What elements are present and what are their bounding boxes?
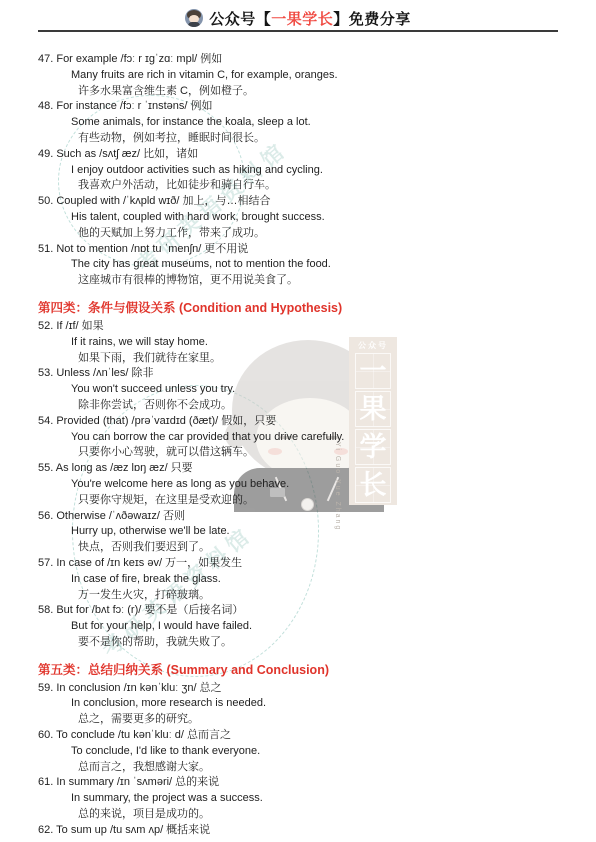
entry-translation-line: 总的来说，项目是成功的。 — [38, 807, 568, 823]
entry-term-line: 54. Provided (that) /prəˈvaɪdɪd (ðæt)/ 假… — [38, 414, 568, 430]
entry-example-line: The city has great museums, not to menti… — [38, 257, 568, 273]
entry-term-line: 49. Such as /sʌtʃ æz/ 比如，诸如 — [38, 147, 568, 163]
entry-term-line: 48. For instance /fɔː r ˈɪnstəns/ 例如 — [38, 99, 568, 115]
header-prefix: 公众号【 — [209, 11, 271, 28]
entry-term-line: 51. Not to mention /nɒt tu ˈmenʃn/ 更不用说 — [38, 242, 568, 258]
entry-translation-line: 万一发生火灾，打碎玻璃。 — [38, 588, 568, 604]
entry-term-line: 50. Coupled with /ˈkʌpld wɪð/ 加上，与…相结合 — [38, 194, 568, 210]
entry-example-line: You're welcome here as long as you behav… — [38, 477, 568, 493]
brand-avatar-icon — [185, 9, 203, 27]
entry-translation-line: 这座城市有很棒的博物馆，更不用说美食了。 — [38, 273, 568, 289]
entry-term-line: 57. In case of /ɪn keɪs əv/ 万一，如果发生 — [38, 556, 568, 572]
entry-example-line: If it rains, we will stay home. — [38, 335, 568, 351]
entry-translation-line: 只要你小心驾驶，就可以借这辆车。 — [38, 445, 568, 461]
entry-term-line: 62. To sum up /tu sʌm ʌp/ 概括来说 — [38, 823, 568, 839]
entry-example-line: To conclude, I'd like to thank everyone. — [38, 744, 568, 760]
entry-term-line: 47. For example /fɔː r ɪɡˈzɑː mpl/ 例如 — [38, 52, 568, 68]
entry-translation-line: 除非你尝试，否则你不会成功。 — [38, 398, 568, 414]
entry-term-line: 53. Unless /ʌnˈles/ 除非 — [38, 366, 568, 382]
entry-term-line: 52. If /ɪf/ 如果 — [38, 319, 568, 335]
content: 47. For example /fɔː r ɪɡˈzɑː mpl/ 例如Man… — [38, 52, 568, 839]
entry-translation-line: 他的天赋加上努力工作，带来了成功。 — [38, 226, 568, 242]
entry-translation-line: 总之，需要更多的研究。 — [38, 712, 568, 728]
entry-example-line: His talent, coupled with hard work, brou… — [38, 210, 568, 226]
entry-translation-line: 我喜欢户外活动，比如徒步和骑自行车。 — [38, 178, 568, 194]
entry-example-line: In case of fire, break the glass. — [38, 572, 568, 588]
entry-example-line: Many fruits are rich in vitamin C, for e… — [38, 68, 568, 84]
entry-translation-line: 总而言之，我想感谢大家。 — [38, 760, 568, 776]
page-title: 公众号【一果学长】免费分享 — [209, 8, 411, 29]
entry-example-line: In summary, the project was a success. — [38, 791, 568, 807]
entry-example-line: In conclusion, more research is needed. — [38, 696, 568, 712]
section-header: 第四类：条件与假设关系 (Condition and Hypothesis) — [38, 300, 568, 317]
entry-translation-line: 要不是你的帮助，我就失败了。 — [38, 635, 568, 651]
entry-translation-line: 有些动物，例如考拉，睡眠时间很长。 — [38, 131, 568, 147]
entry-example-line: You won't succeed unless you try. — [38, 382, 568, 398]
entry-example-line: Hurry up, otherwise we'll be late. — [38, 524, 568, 540]
entry-term-line: 61. In summary /ɪn ˈsʌməri/ 总的来说 — [38, 775, 568, 791]
entry-example-line: You can borrow the car provided that you… — [38, 430, 568, 446]
header-brand: 一果学长 — [271, 11, 333, 28]
entry-term-line: 55. As long as /æz lɒŋ æz/ 只要 — [38, 461, 568, 477]
page-header: 公众号【一果学长】免费分享 — [0, 7, 596, 29]
entry-example-line: I enjoy outdoor activities such as hikin… — [38, 163, 568, 179]
entry-term-line: 60. To conclude /tu kənˈkluː d/ 总而言之 — [38, 728, 568, 744]
entry-translation-line: 许多水果富含维生素 C，例如橙子。 — [38, 84, 568, 100]
header-divider — [38, 30, 558, 32]
entry-term-line: 56. Otherwise /ˈʌðəwaɪz/ 否则 — [38, 509, 568, 525]
section-header: 第五类：总结归纳关系 (Summary and Conclusion) — [38, 662, 568, 679]
header-suffix: 】免费分享 — [333, 11, 411, 28]
entry-example-line: Some animals, for instance the koala, sl… — [38, 115, 568, 131]
entry-translation-line: 如果下雨，我们就待在家里。 — [38, 351, 568, 367]
entry-term-line: 59. In conclusion /ɪn kənˈkluː ʒn/ 总之 — [38, 681, 568, 697]
entry-translation-line: 快点，否则我们要迟到了。 — [38, 540, 568, 556]
entry-term-line: 58. But for /bʌt fɔː (r)/ 要不是（后接名词） — [38, 603, 568, 619]
entry-translation-line: 只要你守规矩，在这里是受欢迎的。 — [38, 493, 568, 509]
entry-example-line: But for your help, I would have failed. — [38, 619, 568, 635]
